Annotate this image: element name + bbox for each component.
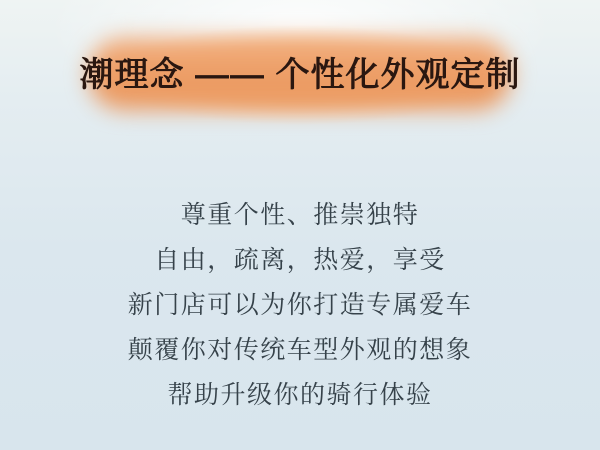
body-line-respect-individuality: 尊重个性、推崇独特 bbox=[0, 193, 600, 238]
body-line-freedom: 自由，疏离，热爱，享受 bbox=[0, 238, 600, 283]
slide-title: 潮理念 —— 个性化外观定制 bbox=[0, 54, 600, 96]
body-line-new-store: 新门店可以为你打造专属爱车 bbox=[0, 283, 600, 328]
slide: 潮理念 —— 个性化外观定制 尊重个性、推崇独特 自由，疏离，热爱，享受 新门店… bbox=[0, 0, 600, 450]
body-text-block: 尊重个性、推崇独特 自由，疏离，热爱，享受 新门店可以为你打造专属爱车 颠覆你对… bbox=[0, 193, 600, 418]
body-line-overturn-imagination: 颠覆你对传统车型外观的想象 bbox=[0, 328, 600, 373]
body-line-upgrade-riding: 帮助升级你的骑行体验 bbox=[0, 373, 600, 418]
